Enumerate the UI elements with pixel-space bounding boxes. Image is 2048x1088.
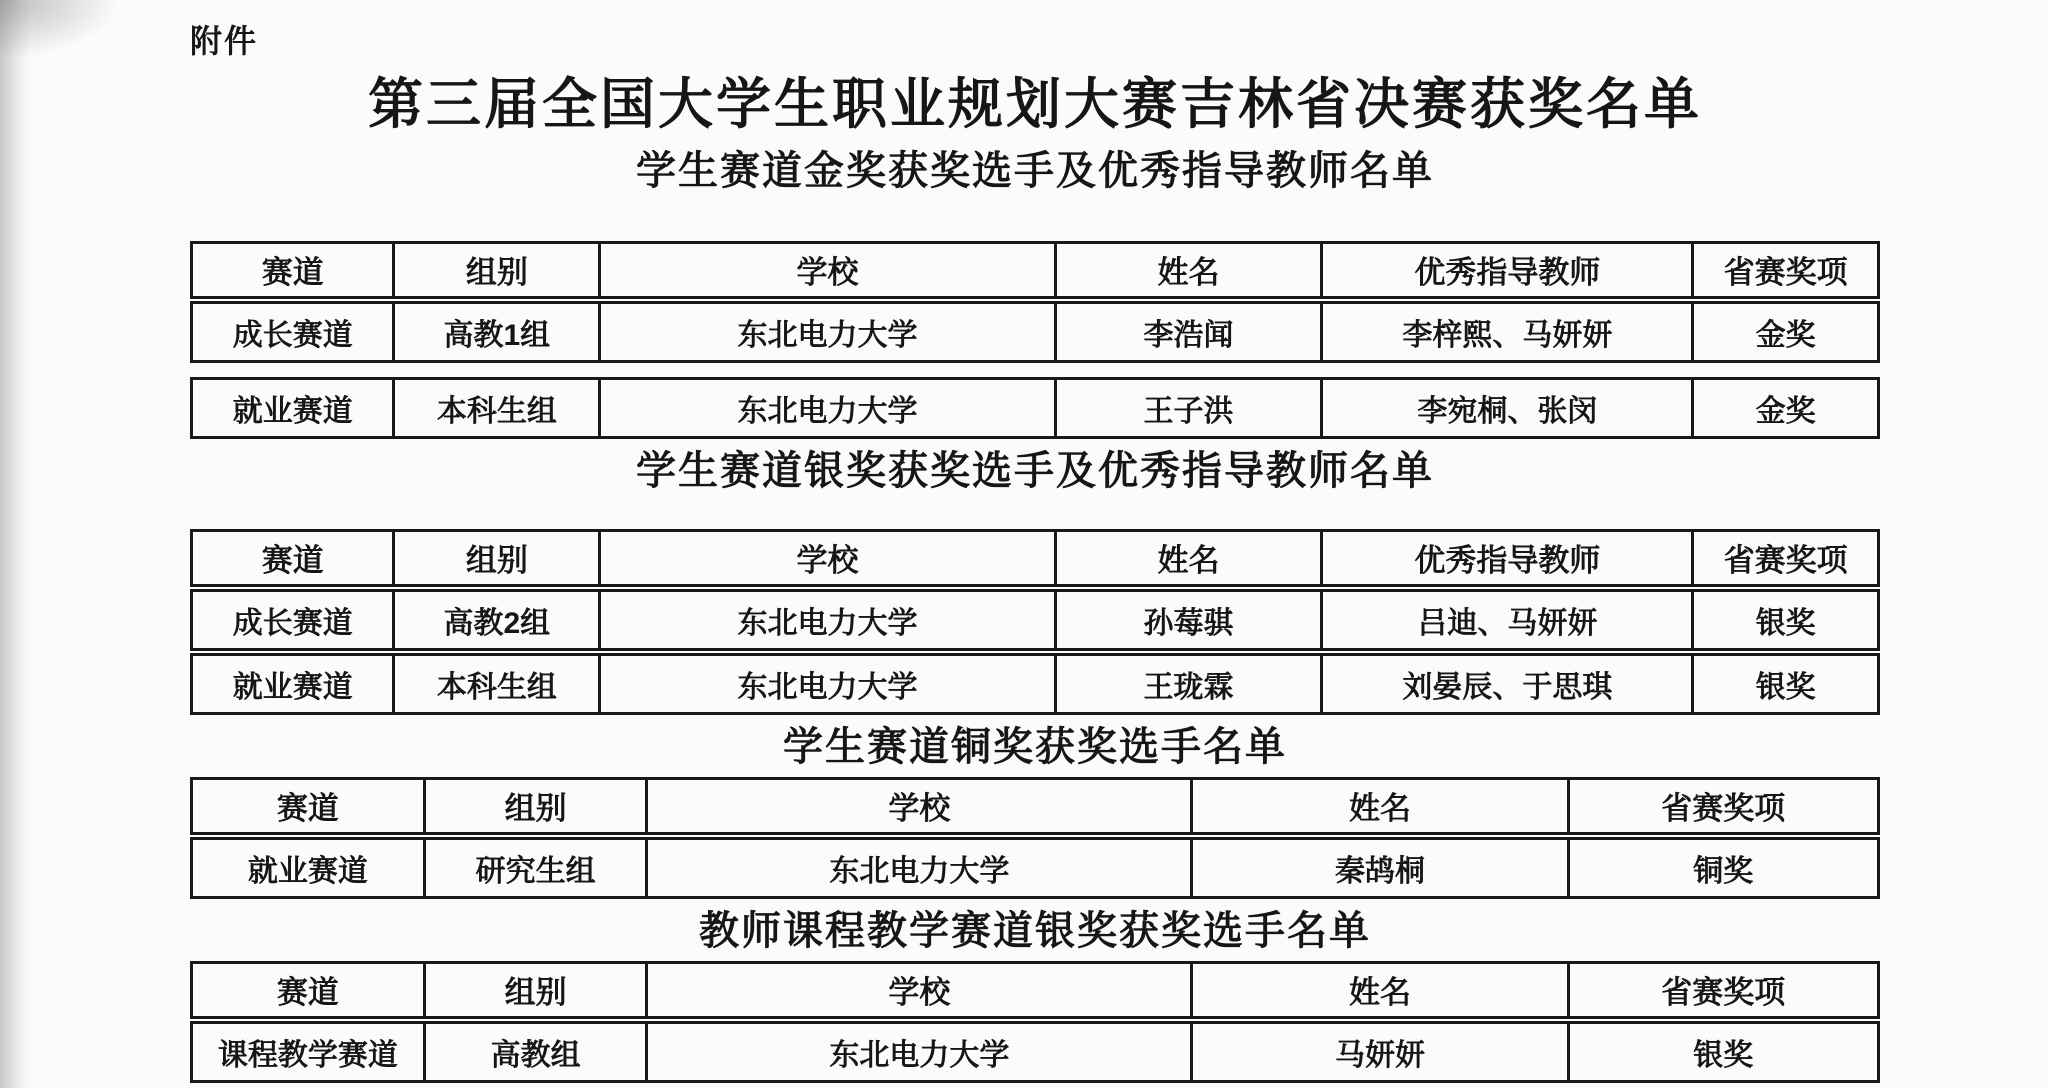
header-cell-school: 学校	[647, 962, 1192, 1020]
scanned-document-page: 附件 第三届全国大学生职业规划大赛吉林省决赛获奖名单 学生赛道金奖获奖选手及优秀…	[0, 0, 2048, 1088]
cell-award: 银奖	[1693, 588, 1879, 652]
table-row: 就业赛道 研究生组 东北电力大学 秦鸪桐 铜奖	[192, 836, 1879, 898]
cell-award: 铜奖	[1568, 836, 1878, 898]
header-cell-advisors: 优秀指导教师	[1322, 242, 1693, 300]
header-cell-advisors: 优秀指导教师	[1322, 530, 1693, 588]
header-cell-group: 组别	[424, 778, 647, 836]
cell-track: 课程教学赛道	[192, 1020, 425, 1082]
document-title: 第三届全国大学生职业规划大赛吉林省决赛获奖名单	[190, 70, 1880, 139]
header-cell-track: 赛道	[192, 962, 425, 1020]
header-cell-name: 姓名	[1192, 778, 1568, 836]
cell-track: 就业赛道	[192, 378, 394, 437]
cell-track: 就业赛道	[192, 836, 425, 898]
table-header-row: 赛道 组别 学校 姓名 省赛奖项	[192, 778, 1879, 836]
header-cell-award: 省赛奖项	[1693, 242, 1879, 300]
section-gold-subtitle: 学生赛道金奖获奖选手及优秀指导教师名单	[190, 139, 1880, 196]
cell-track: 成长赛道	[192, 300, 394, 362]
cell-name: 孙莓骐	[1055, 588, 1322, 652]
cell-school: 东北电力大学	[647, 836, 1192, 898]
header-cell-name: 姓名	[1055, 530, 1322, 588]
cell-name: 秦鸪桐	[1192, 836, 1568, 898]
cell-award: 银奖	[1693, 652, 1879, 714]
table-header-row: 赛道 组别 学校 姓名 省赛奖项	[192, 962, 1879, 1020]
header-cell-group: 组别	[394, 530, 600, 588]
attachment-label: 附件	[190, 0, 1880, 62]
section-teacher-silver-subtitle: 教师课程教学赛道银奖获奖选手名单	[190, 899, 1880, 956]
table-row: 成长赛道 高教2组 东北电力大学 孙莓骐 吕迪、马妍妍 银奖	[192, 588, 1879, 652]
bronze-award-table: 赛道 组别 学校 姓名 省赛奖项 就业赛道 研究生组 东北电力大学 秦鸪桐 铜奖	[190, 777, 1880, 899]
header-cell-school: 学校	[600, 242, 1055, 300]
table-row: 就业赛道 本科生组 东北电力大学 王子洪 李宛桐、张闵 金奖	[192, 378, 1879, 437]
header-cell-track: 赛道	[192, 242, 394, 300]
table-header-row: 赛道 组别 学校 姓名 优秀指导教师 省赛奖项	[192, 530, 1879, 588]
cell-group: 高教组	[424, 1020, 647, 1082]
cell-track: 就业赛道	[192, 652, 394, 714]
cell-group: 本科生组	[394, 652, 600, 714]
header-cell-school: 学校	[647, 778, 1192, 836]
cell-name: 马妍妍	[1192, 1020, 1568, 1082]
header-cell-name: 姓名	[1192, 962, 1568, 1020]
cell-name: 王子洪	[1055, 378, 1322, 437]
header-cell-award: 省赛奖项	[1568, 962, 1878, 1020]
cell-school: 东北电力大学	[600, 300, 1055, 362]
header-cell-track: 赛道	[192, 530, 394, 588]
table-header-row: 赛道 组别 学校 姓名 优秀指导教师 省赛奖项	[192, 242, 1879, 300]
header-cell-school: 学校	[600, 530, 1055, 588]
table-row: 成长赛道 高教1组 东北电力大学 李浩闻 李梓熙、马妍妍 金奖	[192, 300, 1879, 362]
section-silver-subtitle: 学生赛道银奖获奖选手及优秀指导教师名单	[190, 439, 1880, 496]
gold-award-table-header-block: 赛道 组别 学校 姓名 优秀指导教师 省赛奖项 成长赛道 高教1组 东北电力大学…	[190, 241, 1880, 363]
cell-advisors: 刘晏辰、于思琪	[1322, 652, 1693, 714]
cell-award: 金奖	[1693, 300, 1879, 362]
cell-advisors: 李梓熙、马妍妍	[1322, 300, 1693, 362]
header-cell-track: 赛道	[192, 778, 425, 836]
cell-group: 高教1组	[394, 300, 600, 362]
cell-advisors: 吕迪、马妍妍	[1322, 588, 1693, 652]
cell-group: 本科生组	[394, 378, 600, 437]
cell-name: 王珑霖	[1055, 652, 1322, 714]
section-bronze-subtitle: 学生赛道铜奖获奖选手名单	[190, 715, 1880, 772]
cell-group: 高教2组	[394, 588, 600, 652]
teacher-silver-award-table: 赛道 组别 学校 姓名 省赛奖项 课程教学赛道 高教组 东北电力大学 马妍妍 银…	[190, 961, 1880, 1083]
cell-group: 研究生组	[424, 836, 647, 898]
silver-award-table: 赛道 组别 学校 姓名 优秀指导教师 省赛奖项 成长赛道 高教2组 东北电力大学…	[190, 529, 1880, 715]
header-cell-award: 省赛奖项	[1568, 778, 1878, 836]
cell-award: 银奖	[1568, 1020, 1878, 1082]
header-cell-name: 姓名	[1055, 242, 1322, 300]
table-row: 课程教学赛道 高教组 东北电力大学 马妍妍 银奖	[192, 1020, 1879, 1082]
cell-school: 东北电力大学	[600, 378, 1055, 437]
cell-school: 东北电力大学	[600, 588, 1055, 652]
cell-school: 东北电力大学	[600, 652, 1055, 714]
cell-name: 李浩闻	[1055, 300, 1322, 362]
cell-school: 东北电力大学	[647, 1020, 1192, 1082]
cell-award: 金奖	[1693, 378, 1879, 437]
document-content: 附件 第三届全国大学生职业规划大赛吉林省决赛获奖名单 学生赛道金奖获奖选手及优秀…	[190, 0, 1880, 1083]
header-cell-group: 组别	[424, 962, 647, 1020]
header-cell-award: 省赛奖项	[1693, 530, 1879, 588]
table-row: 就业赛道 本科生组 东北电力大学 王珑霖 刘晏辰、于思琪 银奖	[192, 652, 1879, 714]
cell-advisors: 李宛桐、张闵	[1322, 378, 1693, 437]
gold-award-table-second-block: 就业赛道 本科生组 东北电力大学 王子洪 李宛桐、张闵 金奖	[190, 377, 1880, 439]
header-cell-group: 组别	[394, 242, 600, 300]
cell-track: 成长赛道	[192, 588, 394, 652]
